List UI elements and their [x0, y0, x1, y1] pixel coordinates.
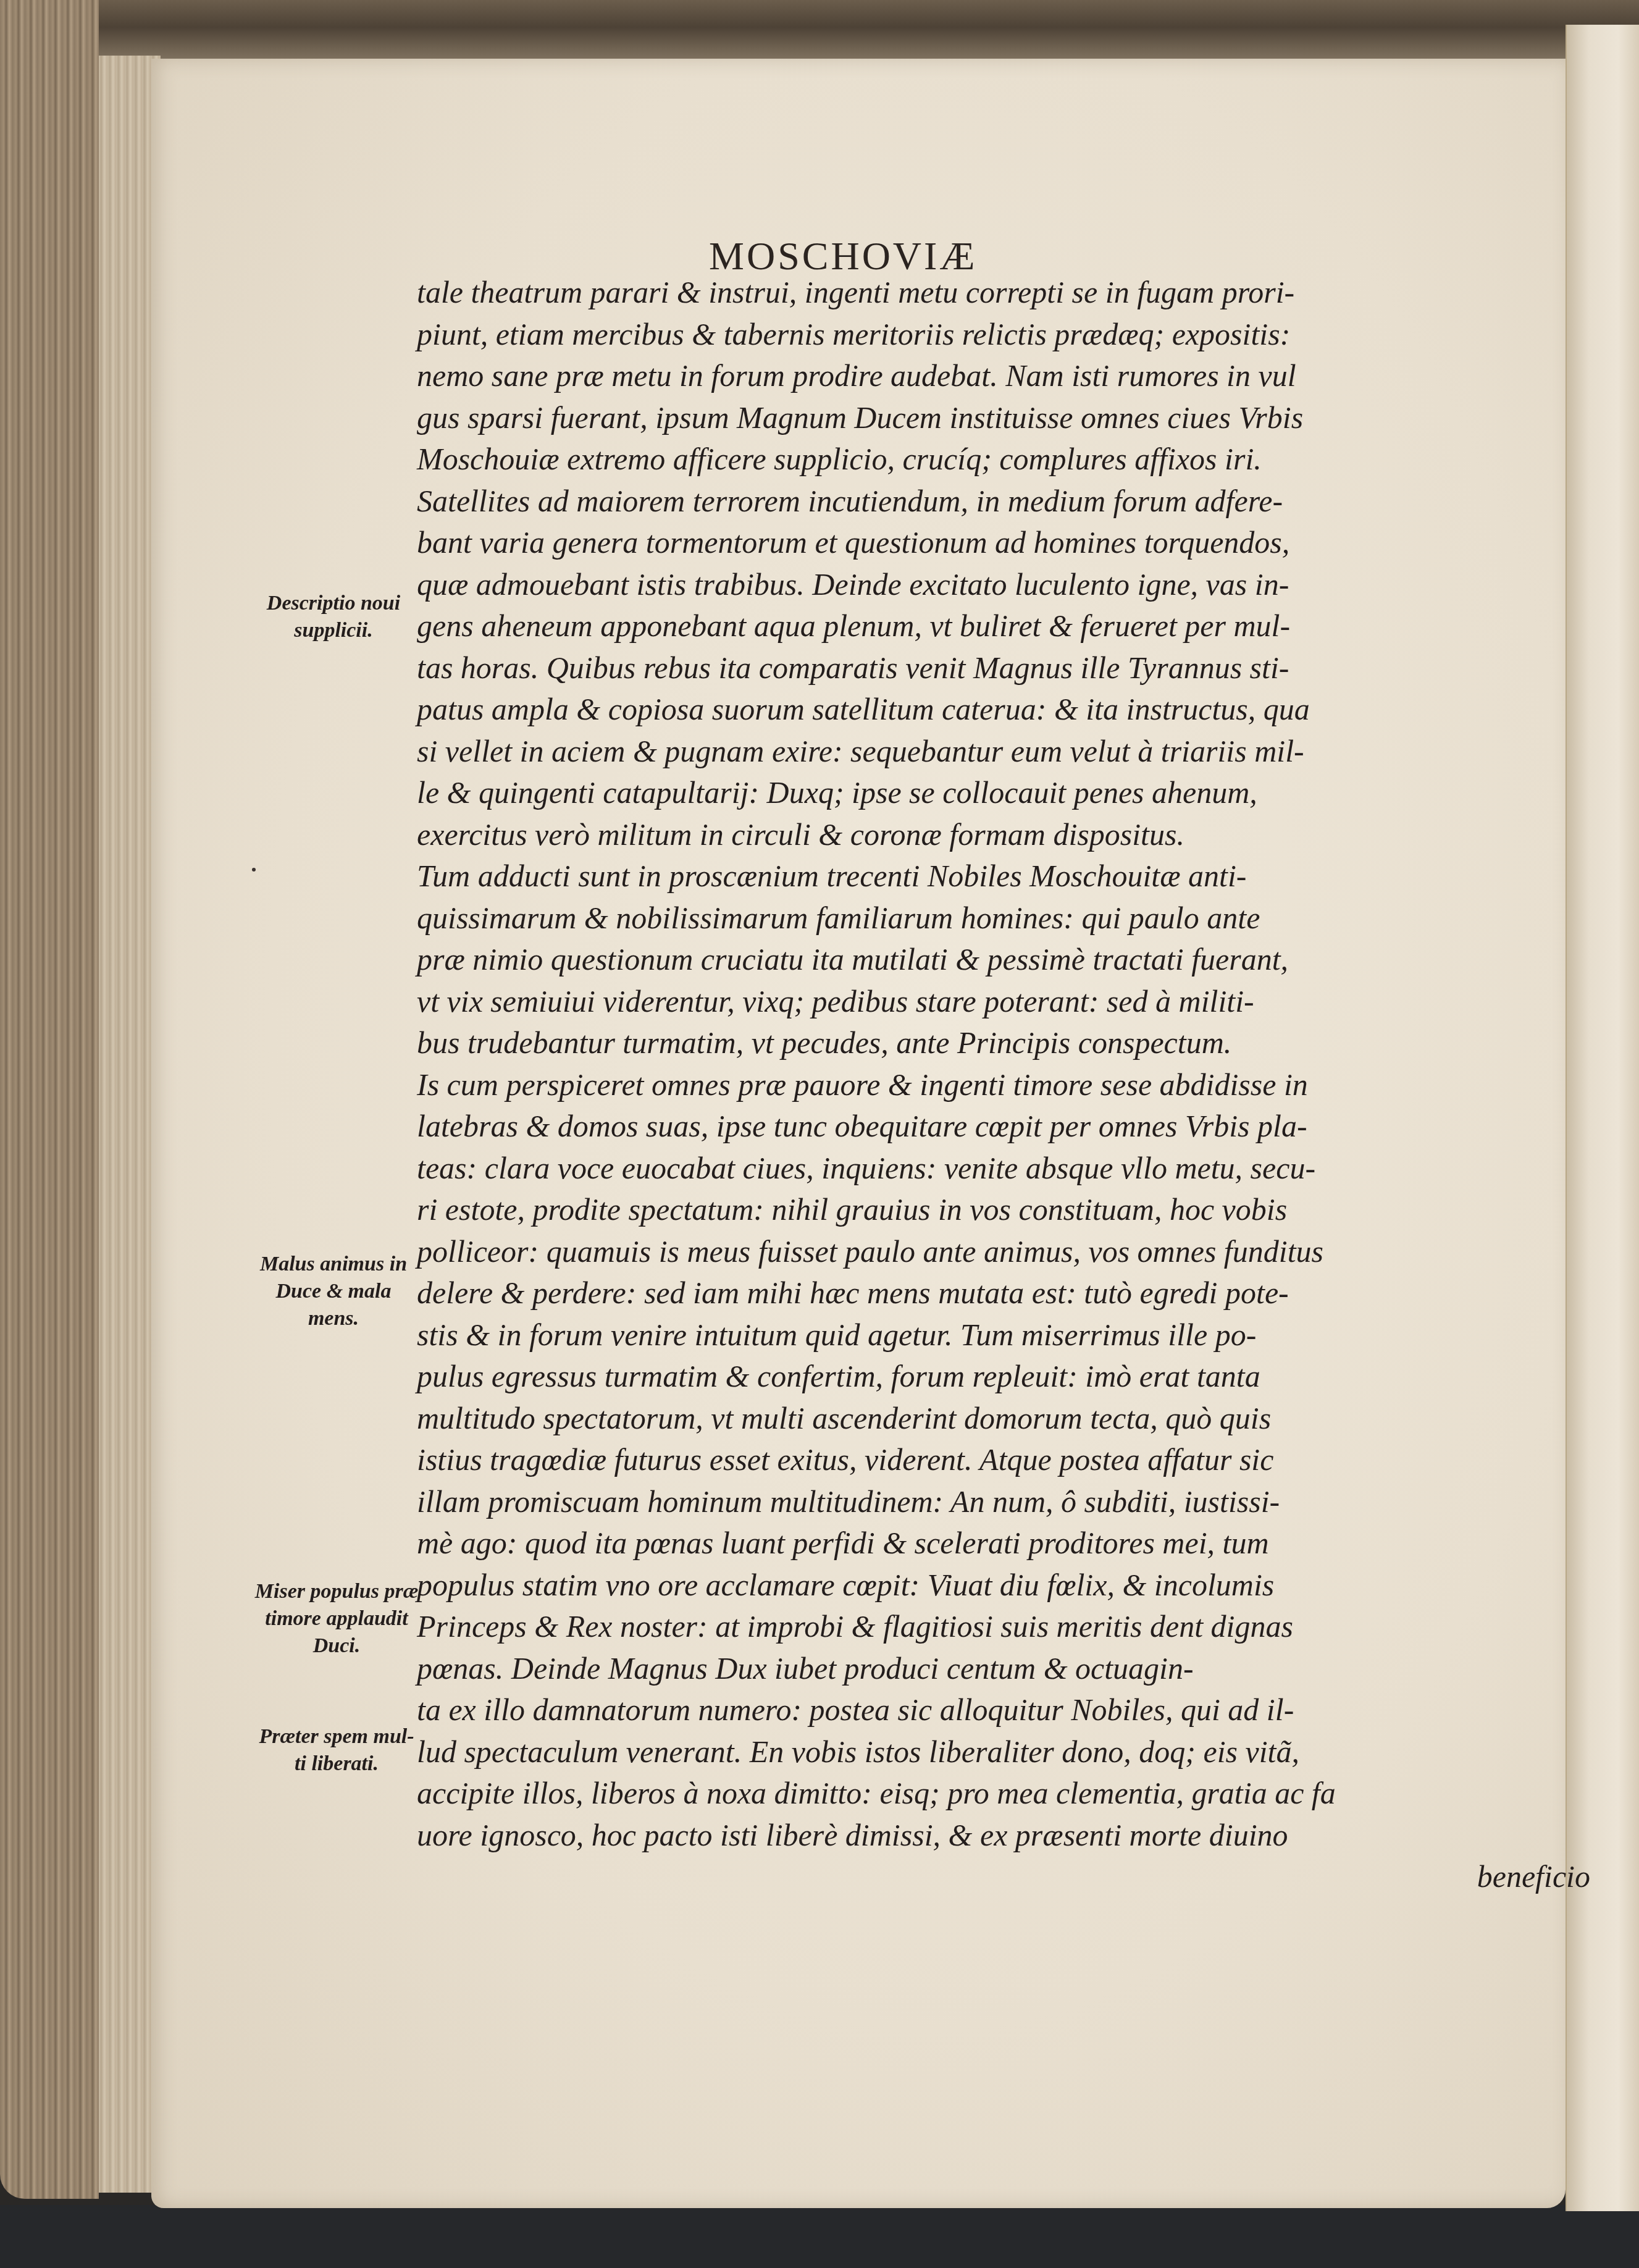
text-line: ri estote, prodite spectatum: nihil grau…	[417, 1189, 1596, 1231]
text-line: uore ignosco, hoc pacto isti liberè dimi…	[417, 1815, 1596, 1857]
text-line: bus trudebantur turmatim, vt pecudes, an…	[417, 1022, 1596, 1064]
catchword: beneficio	[417, 1856, 1590, 1898]
marginal-note-line: mens.	[235, 1305, 432, 1332]
text-line: teas: clara voce euocabat ciues, inquien…	[417, 1148, 1596, 1190]
text-line: si vellet in aciem & pugnam exire: seque…	[417, 731, 1596, 773]
text-line: præ nimio questionum cruciatu ita mutila…	[417, 939, 1596, 981]
marginal-note-line: Miser populus præ	[238, 1578, 435, 1605]
text-line: accipite illos, liberos à noxa dimitto: …	[417, 1773, 1596, 1815]
text-line: populus statim vno ore acclamare cœpit: …	[417, 1564, 1596, 1606]
ink-speck	[252, 868, 256, 871]
text-line: istius tragœdiæ futurus esset exitus, vi…	[417, 1439, 1596, 1481]
text-line: vt vix semiuiui viderentur, vixq; pedibu…	[417, 981, 1596, 1023]
text-line: polliceor: quamuis is meus fuisset paulo…	[417, 1231, 1596, 1273]
body-text: tale theatrum parari & instrui, ingenti …	[417, 272, 1596, 1898]
marginal-note: Descriptio noui supplicii.	[235, 590, 432, 644]
text-line: Is cum perspiceret omnes præ pauore & in…	[417, 1064, 1596, 1106]
marginal-note-line: Duce & mala	[235, 1278, 432, 1305]
text-line: ta ex illo damnatorum numero: postea sic…	[417, 1689, 1596, 1731]
text-line: piunt, etiam mercibus & tabernis meritor…	[417, 314, 1596, 356]
text-line: Princeps & Rex noster: at improbi & flag…	[417, 1606, 1596, 1648]
marginal-note-line: Præter spem mul-	[238, 1723, 435, 1750]
background-cloth	[0, 2205, 1639, 2268]
marginal-note: Malus animus in Duce & mala mens.	[235, 1251, 432, 1332]
text-line: illam promiscuam hominum multitudinem: A…	[417, 1481, 1596, 1523]
marginal-note-line: Descriptio noui	[235, 590, 432, 617]
text-line: exercitus verò militum in circuli & coro…	[417, 814, 1596, 856]
marginal-note-line: supplicii.	[235, 617, 432, 644]
text-line: pulus egressus turmatim & confertim, for…	[417, 1356, 1596, 1398]
text-line: patus ampla & copiosa suorum satellitum …	[417, 689, 1596, 731]
text-line: multitudo spectatorum, vt multi ascender…	[417, 1398, 1596, 1440]
marginal-note: Miser populus præ timore applaudit Duci.	[238, 1578, 435, 1660]
text-line: bant varia genera tormentorum et questio…	[417, 522, 1596, 564]
text-line: nemo sane præ metu in forum prodire aude…	[417, 355, 1596, 397]
marginal-note-line: Duci.	[238, 1632, 435, 1660]
text-line: pœnas. Deinde Magnus Dux iubet produci c…	[417, 1648, 1596, 1690]
text-line: tale theatrum parari & instrui, ingenti …	[417, 272, 1596, 314]
text-line: Moschouiæ extremo afficere supplicio, cr…	[417, 439, 1596, 481]
text-line: mè ago: quod ita pœnas luant perfidi & s…	[417, 1522, 1596, 1564]
book-top-edge	[0, 0, 1639, 68]
marginal-note-line: ti liberati.	[238, 1750, 435, 1778]
text-line: le & quingenti catapultarij: Duxq; ipse …	[417, 772, 1596, 814]
text-line: stis & in forum venire intuitum quid age…	[417, 1314, 1596, 1356]
marginal-note-line: Malus animus in	[235, 1251, 432, 1278]
text-line: tas horas. Quibus rebus ita comparatis v…	[417, 647, 1596, 689]
marginal-note: Præter spem mul- ti liberati.	[238, 1723, 435, 1778]
marginal-note-line: timore applaudit	[238, 1605, 435, 1632]
text-line: Satellites ad maiorem terrorem incutiend…	[417, 481, 1596, 523]
text-line: quissimarum & nobilissimarum familiarum …	[417, 897, 1596, 939]
text-line: gus sparsi fuerant, ipsum Magnum Ducem i…	[417, 397, 1596, 439]
text-line: quæ admouebant istis trabibus. Deinde ex…	[417, 564, 1596, 606]
text-line: latebras & domos suas, ipse tunc obequit…	[417, 1106, 1596, 1148]
text-line: delere & perdere: sed iam mihi hæc mens …	[417, 1272, 1596, 1314]
text-line: Tum adducti sunt in proscænium trecenti …	[417, 855, 1596, 897]
text-line: gens aheneum apponebant aqua plenum, vt …	[417, 605, 1596, 647]
page-stack-left	[0, 0, 99, 2199]
text-line: lud spectaculum venerant. En vobis istos…	[417, 1731, 1596, 1773]
